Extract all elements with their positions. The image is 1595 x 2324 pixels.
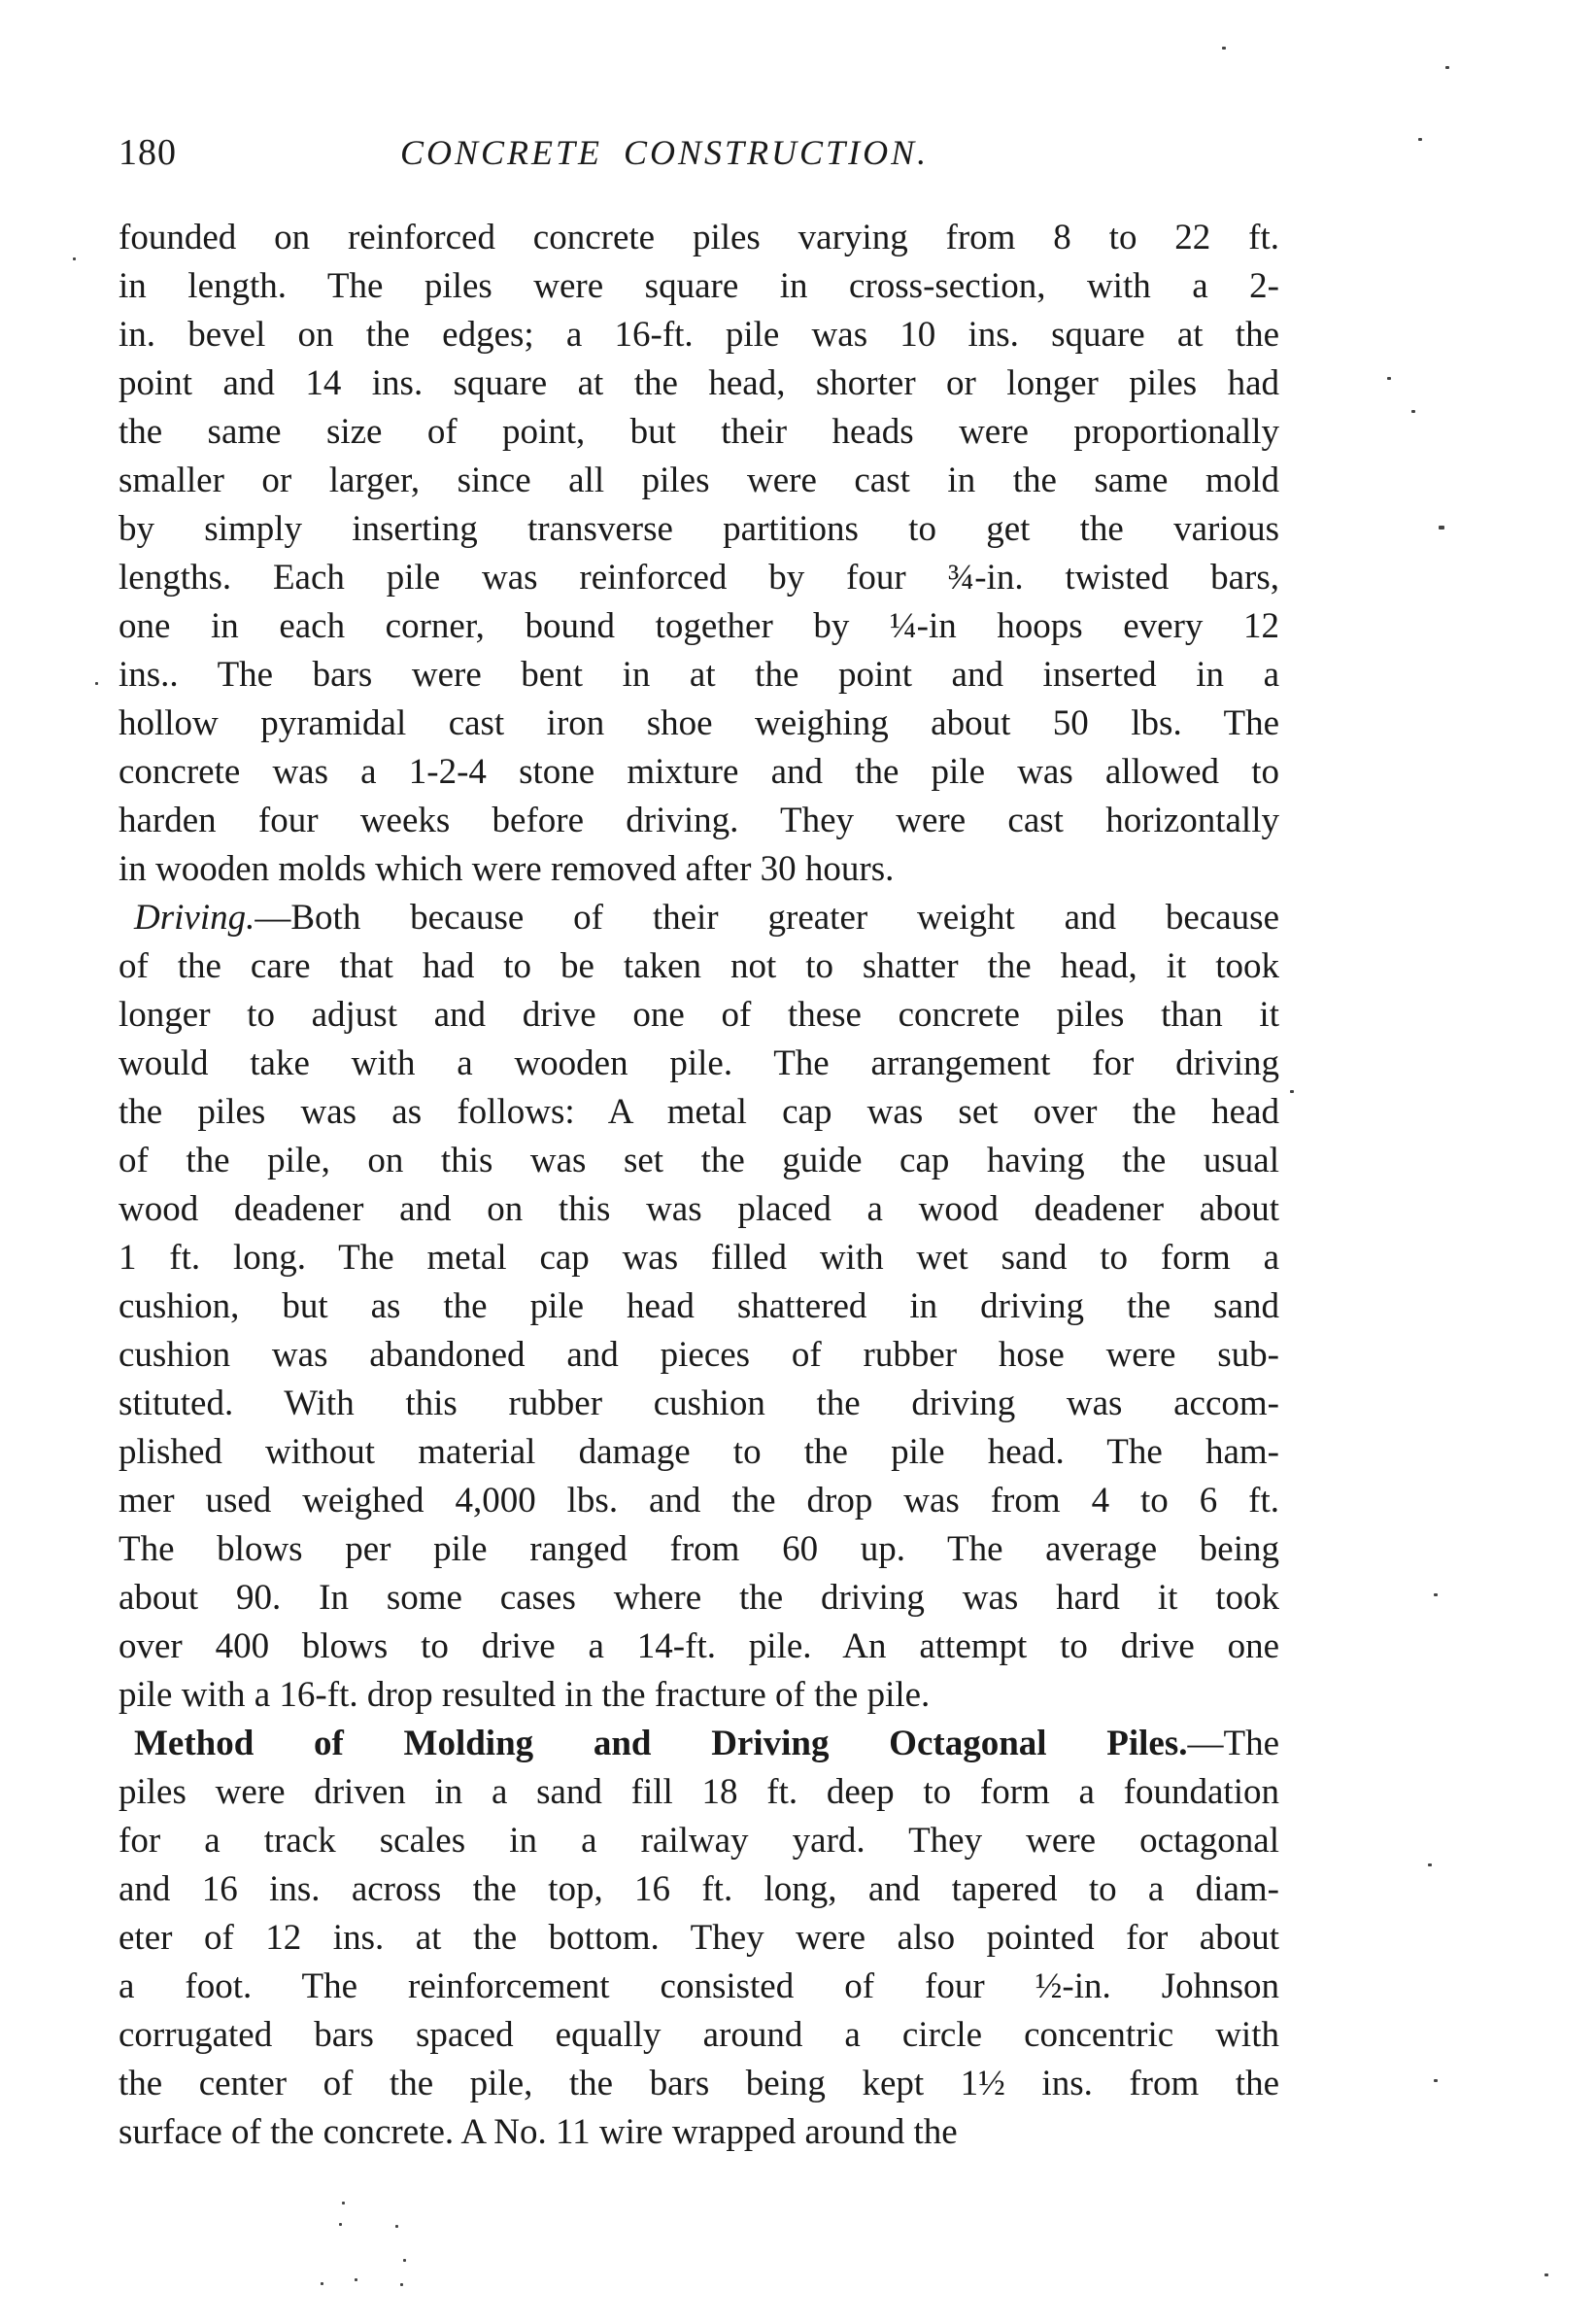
text-line: ins.. The bars were bent in at the point… [119, 651, 1279, 700]
text-line: stituted. With this rubber cushion the d… [119, 1380, 1279, 1428]
scan-speck [1418, 138, 1422, 141]
scan-speck [1445, 66, 1449, 69]
text-line: the piles was as follows: A metal cap wa… [119, 1088, 1279, 1137]
text-line: founded on reinforced concrete piles var… [119, 214, 1279, 262]
scan-speck [1428, 1863, 1432, 1866]
text-line: plished without material damage to the p… [119, 1428, 1279, 1477]
text-line: of the care that had to be taken not to … [119, 942, 1279, 991]
text-line: concrete was a 1-2-4 stone mixture and t… [119, 748, 1279, 797]
scan-speck [1434, 1593, 1438, 1596]
run-in-heading: Driving. [134, 898, 255, 938]
book-page: 180 CONCRETE CONSTRUCTION. founded on re… [0, 0, 1595, 2324]
scan-speck [1434, 2079, 1438, 2082]
text-line: point and 14 ins. square at the head, sh… [119, 359, 1279, 408]
text-line: pile with a 16-ft. drop resulted in the … [119, 1671, 1279, 1720]
running-head-title: CONCRETE CONSTRUCTION. [400, 128, 929, 177]
text-line: 1 ft. long. The metal cap was filled wit… [119, 1234, 1279, 1282]
text-line: the same size of point, but their heads … [119, 408, 1279, 457]
scan-speck [395, 2225, 398, 2228]
text-line: mer used weighed 4,000 lbs. and the drop… [119, 1477, 1279, 1525]
text-line: about 90. In some cases where the drivin… [119, 1574, 1279, 1623]
text-line: of the pile, on this was set the guide c… [119, 1137, 1279, 1185]
text-line: for a track scales in a railway yard. Th… [119, 1817, 1279, 1865]
text-line: one in each corner, bound together by ¼-… [119, 602, 1279, 651]
text-line: wood deadener and on this was placed a w… [119, 1185, 1279, 1234]
text-line: cushion was abandoned and pieces of rubb… [119, 1331, 1279, 1380]
body-text: founded on reinforced concrete piles var… [119, 214, 1279, 2157]
text-line: over 400 blows to drive a 14-ft. pile. A… [119, 1623, 1279, 1671]
text-line: cushion, but as the pile head shattered … [119, 1282, 1279, 1331]
text-line: longer to adjust and drive one of these … [119, 991, 1279, 1040]
scan-speck [355, 2278, 357, 2281]
scan-speck [1387, 377, 1391, 380]
text-line: lengths. Each pile was reinforced by fou… [119, 554, 1279, 602]
text-line: and 16 ins. across the top, 16 ft. long,… [119, 1865, 1279, 1914]
text-line: Method of Molding and Driving Octagonal … [119, 1720, 1279, 1768]
scan-speck [1411, 410, 1415, 413]
scan-speck [73, 257, 76, 260]
running-head: 180 CONCRETE CONSTRUCTION. [119, 128, 1279, 177]
text-line: by simply inserting transverse partition… [119, 505, 1279, 554]
text-line: in length. The piles were square in cros… [119, 262, 1279, 311]
text-line: harden four weeks before driving. They w… [119, 797, 1279, 845]
scan-speck [342, 2202, 345, 2204]
text-line: corrugated bars spaced equally around a … [119, 2011, 1279, 2060]
scan-speck [1439, 526, 1444, 530]
text-line: in. bevel on the edges; a 16-ft. pile wa… [119, 311, 1279, 359]
text-line: would take with a wooden pile. The arran… [119, 1040, 1279, 1088]
page-number: 180 [119, 128, 177, 177]
scan-speck [1544, 2273, 1548, 2276]
scan-speck [403, 2259, 406, 2262]
scan-speck [95, 682, 98, 685]
scan-speck [339, 2223, 342, 2226]
text-line: in wooden molds which were removed after… [119, 845, 1279, 894]
text-line: hollow pyramidal cast iron shoe weighing… [119, 700, 1279, 748]
text-line: Driving.—Both because of their greater w… [119, 894, 1279, 942]
line-text: —Both because of their greater weight an… [255, 898, 1279, 938]
section-heading: Method of Molding and Driving Octagonal … [134, 1724, 1187, 1763]
text-line: a foot. The reinforcement consisted of f… [119, 1963, 1279, 2011]
text-line: surface of the concrete. A No. 11 wire w… [119, 2108, 1279, 2157]
scan-speck [1222, 47, 1226, 50]
text-line: the center of the pile, the bars being k… [119, 2060, 1279, 2108]
scan-speck [400, 2283, 403, 2286]
text-line: piles were driven in a sand fill 18 ft. … [119, 1768, 1279, 1817]
text-line: eter of 12 ins. at the bottom. They were… [119, 1914, 1279, 1963]
text-line: smaller or larger, since all piles were … [119, 457, 1279, 505]
text-line: The blows per pile ranged from 60 up. Th… [119, 1525, 1279, 1574]
scan-speck [321, 2282, 323, 2285]
scan-speck [1290, 1090, 1294, 1093]
line-text: —The [1187, 1724, 1279, 1763]
